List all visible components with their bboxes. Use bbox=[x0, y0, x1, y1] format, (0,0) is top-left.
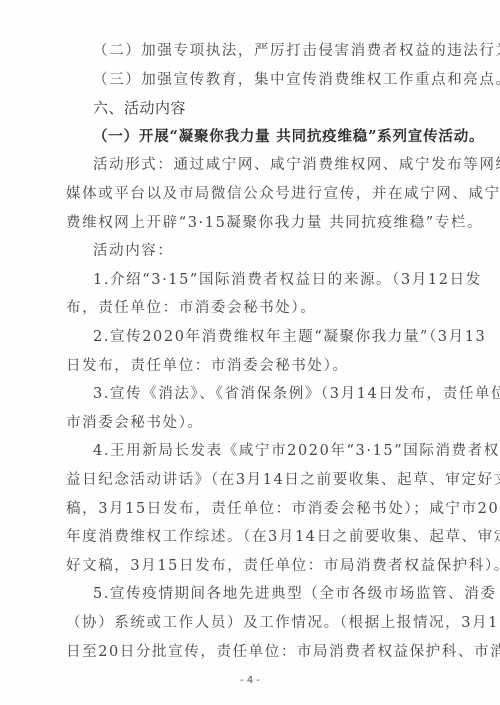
paragraph-activity-form-line2: 媒体或平台以及市局微信公众号进行宣传，并在咸宁网、咸宁消 bbox=[66, 184, 436, 204]
list-item-3-line2: 市消委会秘书处）。 bbox=[66, 413, 436, 433]
list-item-2-line1: 2.宣传2020年消费维权年主题“凝聚你我力量”（3月13 bbox=[93, 327, 436, 347]
paragraph-publicity: （三）加强宣传教育，集中宣传消费维权工作重点和亮点。 bbox=[93, 70, 436, 90]
list-item-4-line5: 好文稿，3月15日发布，责任单位：市局消费者权益保护科）。 bbox=[66, 556, 436, 576]
paragraph-enforcement: （二）加强专项执法，严厉打击侵害消费者权益的违法行为。 bbox=[93, 41, 436, 61]
list-item-4-line3: 稿，3月15日发布，责任单位：市消委会秘书处）；咸宁市2019 bbox=[66, 499, 436, 519]
list-item-1-line1: 1.介绍“3·15”国际消费者权益日的来源。（3月12日发 bbox=[93, 270, 436, 290]
list-item-2-line2: 日发布，责任单位：市消委会秘书处）。 bbox=[66, 356, 436, 376]
list-item-1-line2: 布，责任单位：市消委会秘书处）。 bbox=[66, 298, 436, 318]
list-item-5-line1: 5.宣传疫情期间各地先进典型（全市各级市场监管、消委 bbox=[93, 584, 436, 604]
list-item-4-line1: 4.王用新局长发表《咸宁市2020年“3·15”国际消费者权 bbox=[93, 441, 436, 461]
list-item-4-line2: 益日纪念活动讲话》（在3月14日之前要收集、起草、审定好文 bbox=[66, 470, 436, 490]
paragraph-activity-form-line3: 费维权网上开辟“3·15凝聚你我力量 共同抗疫维稳”专栏。 bbox=[66, 213, 436, 233]
paragraph-activity-form-line1: 活动形式：通过咸宁网、咸宁消费维权网、咸宁发布等网络 bbox=[93, 155, 436, 175]
page-number: - 4 - bbox=[0, 675, 500, 686]
subsection-heading-campaign: （一）开展“凝聚你我力量 共同抗疫维稳”系列宣传活动。 bbox=[93, 127, 436, 147]
list-item-4-line4: 年度消费维权工作综述。（在3月14日之前要收集、起草、审定 bbox=[66, 527, 436, 547]
activity-content-label: 活动内容： bbox=[93, 241, 436, 261]
list-item-5-line3: 日至20日分批宣传，责任单位：市局消费者权益保护科、市消 bbox=[66, 642, 436, 662]
list-item-3-line1: 3.宣传《消法》、《省消保条例》（3月14日发布，责任单位： bbox=[93, 384, 436, 404]
list-item-5-line2: （协）系统或工作人员）及工作情况。（根据上报情况，3月15 bbox=[66, 613, 436, 633]
section-heading-activity-content: 六、活动内容 bbox=[93, 98, 436, 118]
